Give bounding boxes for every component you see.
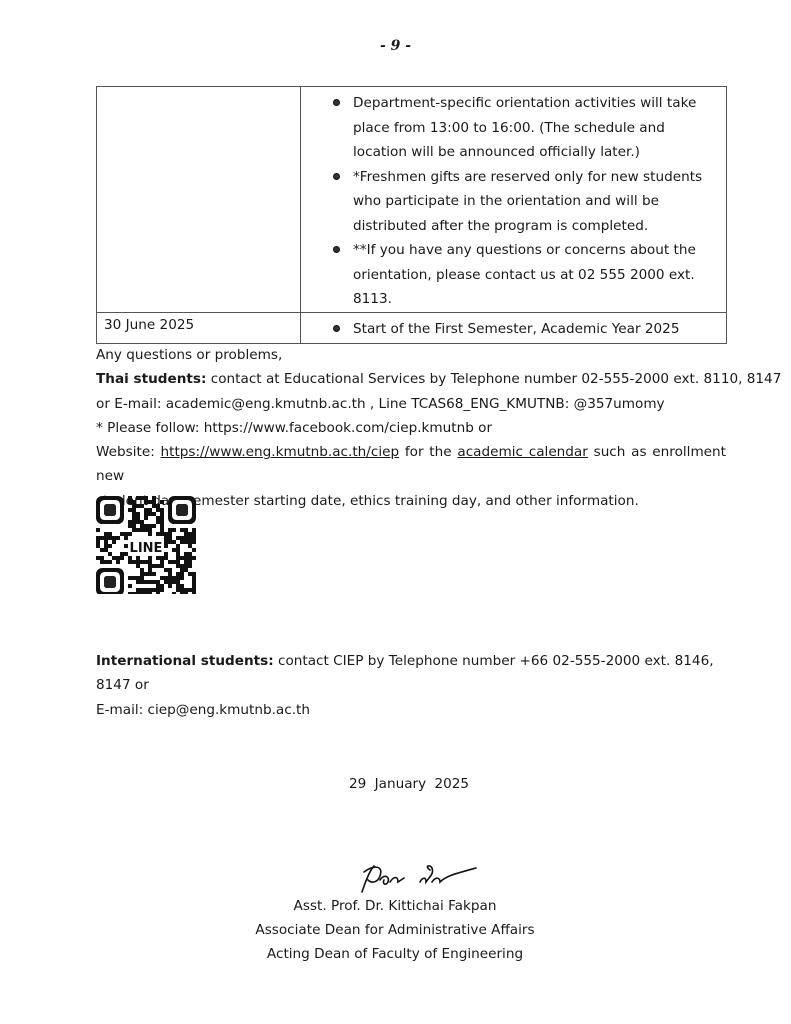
items-cell: Department-specific orientation activiti… [301,87,727,313]
website-line: Website: https://www.eng.kmutnb.ac.th/ci… [96,440,726,489]
bullet-icon [333,173,340,180]
signer-title-1: Associate Dean for Administrative Affair… [230,918,560,942]
thai-students-label: Thai students: [96,371,206,387]
international-section: International students: contact CIEP by … [96,649,726,722]
academic-calendar-link[interactable]: academic calendar [457,444,587,460]
list-item: **If you have any questions or concerns … [301,238,716,312]
schedule-table: Department-specific orientation activiti… [96,86,727,344]
international-email: E-mail: ciep@eng.kmutnb.ac.th [96,698,726,722]
signer-block: Asst. Prof. Dr. Kittichai Fakpan Associa… [230,894,560,966]
items-cell: Start of the First Semester, Academic Ye… [301,312,727,343]
contact-intro: Any questions or problems, [96,343,726,367]
contact-section: Any questions or problems, Thai students… [96,343,726,513]
thai-email-line: or E-mail: academic@eng.kmutnb.ac.th , L… [96,392,726,416]
signer-title-2: Acting Dean of Faculty of Engineering [230,942,560,966]
website-link[interactable]: https://www.eng.kmutnb.ac.th/ciep [161,444,400,460]
document-date: 29 January 2025 [349,776,469,792]
date-cell: 30 June 2025 [97,312,301,343]
bullet-icon [333,325,340,332]
international-line: International students: contact CIEP by … [96,649,726,698]
signer-name: Asst. Prof. Dr. Kittichai Fakpan [230,894,560,918]
bullet-icon [333,246,340,253]
date-cell [97,87,301,313]
table-row: Department-specific orientation activiti… [97,87,727,313]
bullet-icon [333,99,340,106]
page-number: - 9 - [0,38,791,54]
signature-icon [354,858,484,898]
list-item: Department-specific orientation activiti… [301,91,716,165]
table-row: 30 June 2025 Start of the First Semester… [97,312,727,343]
line-qr-code-icon: LINE [96,496,196,594]
svg-text:LINE: LINE [130,541,163,556]
follow-line: * Please follow: https://www.facebook.co… [96,416,726,440]
international-label: International students: [96,653,274,669]
list-item: *Freshmen gifts are reserved only for ne… [301,165,716,239]
list-item: Start of the First Semester, Academic Ye… [301,317,716,341]
thai-students-line: Thai students: contact at Educational Se… [96,367,726,391]
